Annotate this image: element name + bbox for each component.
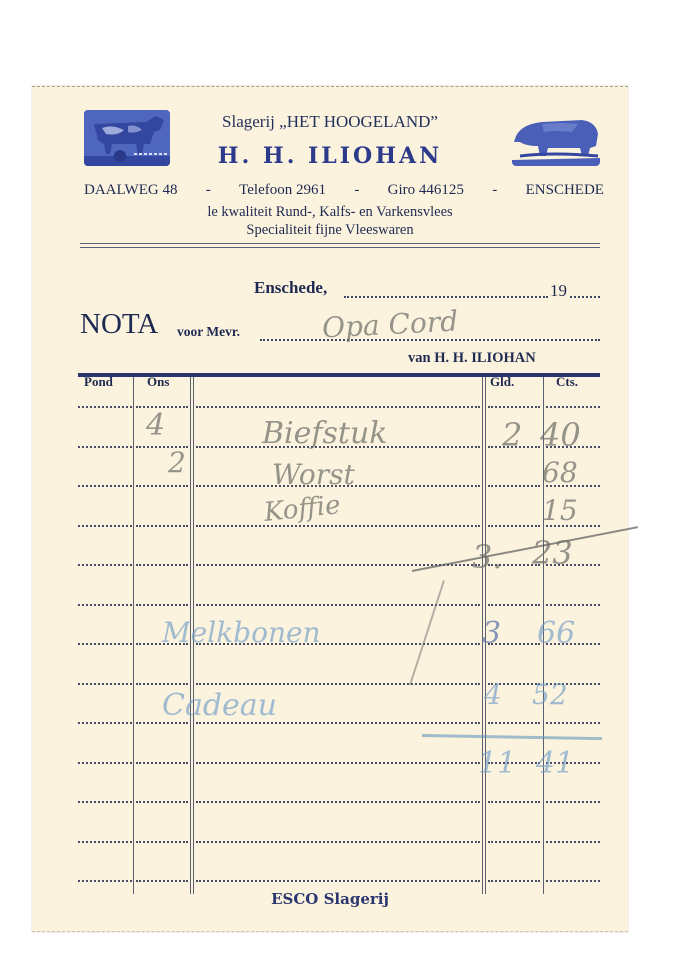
row-4-cts: 23 bbox=[532, 534, 573, 572]
year-dotted-line bbox=[570, 296, 600, 298]
tagline-specialty: Specialiteit fijne Vleeswaren bbox=[32, 222, 628, 239]
row-3-description: Koffie bbox=[263, 490, 342, 528]
row-dotted-line bbox=[488, 525, 540, 527]
column-header-pond: Pond bbox=[84, 374, 113, 390]
row-1-cts: 40 bbox=[540, 416, 581, 454]
row-dotted-line bbox=[196, 762, 480, 764]
pencil-stroke bbox=[409, 580, 445, 685]
row-6-cts: 52 bbox=[532, 678, 568, 711]
column-header-gld: Gld. bbox=[490, 374, 514, 390]
row-dotted-line bbox=[196, 801, 480, 803]
row-dotted-line bbox=[546, 880, 600, 882]
total-underline bbox=[422, 734, 602, 740]
row-dotted-line bbox=[136, 485, 188, 487]
contact-line: DAALWEG 48 - Telefoon 2961 - Giro 446125… bbox=[84, 182, 604, 199]
row-dotted-line bbox=[78, 880, 132, 882]
row-5-gld: 3 bbox=[482, 616, 501, 651]
giro: Giro 446125 bbox=[388, 182, 464, 199]
separator: - bbox=[492, 182, 497, 199]
row-1-ons: 4 bbox=[146, 408, 165, 443]
row-dotted-line bbox=[136, 762, 188, 764]
row-6-description: Cadeau bbox=[162, 688, 277, 723]
row-5-cts: 66 bbox=[537, 616, 575, 651]
separator: - bbox=[206, 182, 211, 199]
row-7-cts: 41 bbox=[536, 746, 574, 781]
row-2-ons: 2 bbox=[168, 446, 186, 479]
city: ENSCHEDE bbox=[526, 182, 604, 199]
row-dotted-line bbox=[196, 406, 480, 408]
place-label: Enschede, bbox=[254, 278, 327, 298]
column-header-ons: Ons bbox=[147, 374, 169, 390]
row-dotted-line bbox=[488, 722, 540, 724]
row-dotted-line bbox=[136, 604, 188, 606]
row-dotted-line bbox=[196, 880, 480, 882]
row-dotted-line bbox=[546, 841, 600, 843]
voor-label: voor Mevr. bbox=[177, 324, 240, 340]
tagline-quality: le kwaliteit Rund-, Kalfs- en Varkensvle… bbox=[32, 204, 628, 221]
row-1-gld: 2 bbox=[502, 416, 522, 454]
shop-name: Slagerij „HET HOOGELAND” bbox=[32, 112, 628, 132]
header-divider bbox=[80, 243, 600, 248]
row-dotted-line bbox=[546, 406, 600, 408]
row-4-gld: 3. bbox=[472, 538, 503, 576]
row-dotted-line bbox=[78, 564, 132, 566]
row-dotted-line bbox=[546, 722, 600, 724]
customer-dotted-line bbox=[260, 339, 600, 341]
row-dotted-line bbox=[78, 604, 132, 606]
row-1-description: Biefstuk bbox=[262, 416, 387, 451]
address: DAALWEG 48 bbox=[84, 182, 177, 199]
row-dotted-line bbox=[488, 880, 540, 882]
owner-name: H. H. ILIOHAN bbox=[32, 143, 628, 169]
row-dotted-line bbox=[136, 880, 188, 882]
row-dotted-line bbox=[546, 801, 600, 803]
row-dotted-line bbox=[488, 801, 540, 803]
row-dotted-line bbox=[488, 841, 540, 843]
row-dotted-line bbox=[196, 525, 480, 527]
row-dotted-line bbox=[136, 683, 188, 685]
row-6-gld: 4 bbox=[484, 678, 502, 711]
invoice-paper: Slagerij „HET HOOGELAND” H. H. ILIOHAN D… bbox=[32, 86, 628, 932]
row-5-description: Melkbonen bbox=[162, 616, 321, 649]
row-dotted-line bbox=[546, 604, 600, 606]
row-dotted-line bbox=[78, 683, 132, 685]
phone: Telefoon 2961 bbox=[239, 182, 326, 199]
column-divider bbox=[133, 377, 134, 894]
row-dotted-line bbox=[136, 801, 188, 803]
row-dotted-line bbox=[78, 485, 132, 487]
row-dotted-line bbox=[136, 841, 188, 843]
row-dotted-line bbox=[78, 762, 132, 764]
row-dotted-line bbox=[136, 525, 188, 527]
row-dotted-line bbox=[488, 604, 540, 606]
row-dotted-line bbox=[78, 841, 132, 843]
row-dotted-line bbox=[488, 485, 540, 487]
row-dotted-line bbox=[196, 683, 480, 685]
row-dotted-line bbox=[78, 525, 132, 527]
row-dotted-line bbox=[136, 564, 188, 566]
year-prefix: 19 bbox=[550, 281, 567, 301]
row-dotted-line bbox=[488, 406, 540, 408]
row-dotted-line bbox=[78, 801, 132, 803]
van-label: van H. H. ILIOHAN bbox=[408, 350, 536, 367]
nota-title: NOTA bbox=[80, 308, 158, 341]
row-7-gld: 11 bbox=[478, 746, 516, 781]
separator: - bbox=[354, 182, 359, 199]
date-dotted-line bbox=[344, 296, 548, 298]
column-header-cts: Cts. bbox=[556, 374, 578, 390]
row-2-description: Worst bbox=[272, 458, 355, 491]
row-dotted-line bbox=[78, 643, 132, 645]
row-3-cts: 15 bbox=[542, 494, 578, 527]
row-dotted-line bbox=[78, 446, 132, 448]
row-dotted-line bbox=[78, 722, 132, 724]
row-2-cts: 68 bbox=[542, 456, 578, 489]
row-dotted-line bbox=[78, 406, 132, 408]
printer-imprint: ESCO Slagerij bbox=[32, 890, 628, 908]
row-dotted-line bbox=[196, 841, 480, 843]
